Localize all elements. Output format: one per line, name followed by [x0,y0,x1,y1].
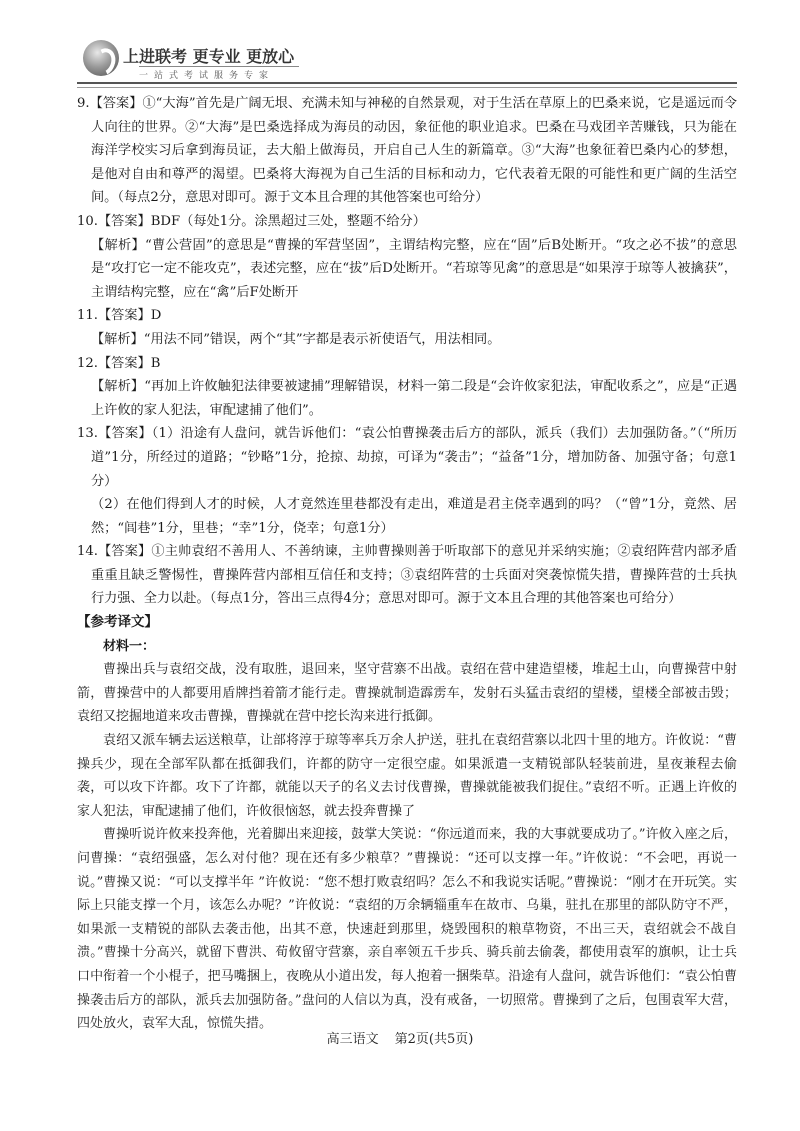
answer-text: （1）沿途有人盘问，就告诉他们：“袁公怕曹操袭击后方的部队，派兵（我们）去加强防… [91,426,737,488]
question-13: 13.【答案】（1）沿途有人盘问，就告诉他们：“袁公怕曹操袭击后方的部队，派兵（… [77,422,737,540]
translation-heading: 【参考译文】 [77,611,737,635]
analysis-label: 【解析】 [91,332,144,347]
analysis-text: “再加上许攸触犯法律要被逮捕”理解错误，材料一第二段是“会许攸家犯法，审配收系之… [91,379,737,418]
answer-label: 【答案】 [98,308,151,323]
question-12: 12.【答案】B 【解析】“再加上许攸触犯法律要被逮捕”理解错误，材料一第二段是… [77,352,737,423]
answer-label: 【答案】 [98,356,151,371]
brand-slogan: 上进联考 更专业 更放心 [123,44,294,67]
translation-paragraph: 袁绍又派车辆去运送粮草，让部将淳于琼等率兵万余人护送，驻扎在袁绍营寨以北四十里的… [77,729,737,823]
answer-text-part-2: （2）在他们得到人才的时候，人才竟然连里巷都没有走出，难道是君主侥幸遇到的吗？（… [91,497,737,536]
analysis-label: 【解析】 [91,379,144,394]
analysis-text: “用法不同”错误，两个“其”字都是表示祈使语气，用法相同。 [144,332,501,347]
question-11: 11.【答案】D 【解析】“用法不同”错误，两个“其”字都是表示祈使语气，用法相… [77,304,737,351]
document-body: 9.【答案】①“大海”首先是广阔无垠、充满未知与神秘的自然景观，对于生活在草原上… [77,92,737,1036]
page-header: 上进联考 更专业 更放心 一站式考试服务专家 [77,36,737,92]
question-14: 14.【答案】①主帅袁绍不善用人、不善纳谏，主帅曹操则善于听取部下的意见并采纳实… [77,540,737,611]
translation-paragraph: 曹操听说许攸来投奔他，光着脚出来迎接，鼓掌大笑说：“你远道而来，我的大事就要成功… [77,823,737,1035]
translation-paragraph: 曹操出兵与袁绍交战，没有取胜，退回来，坚守营寨不出战。袁绍在营中建造望楼，堆起土… [77,658,737,729]
question-number: 11. [77,308,98,323]
analysis-label: 【解析】 [91,238,145,253]
answer-label: 【答案】 [90,96,143,111]
question-number: 10. [77,214,98,229]
header-divider [77,82,737,88]
brand-tagline: 一站式考试服务专家 [139,66,299,81]
question-number: 13. [77,426,98,441]
answer-text: D [151,308,162,323]
analysis-text: “曹公营固”的意思是“曹操的军营坚固”，主谓结构完整，应在“固”后B处断开。“攻… [91,238,737,300]
question-number: 9. [77,96,90,111]
question-number: 14. [77,544,98,559]
answer-label: 【答案】 [98,214,151,229]
answer-label: 【答案】 [98,544,151,559]
answer-text: B [151,356,161,371]
footer-page-number: 第2页(共5页) [395,1032,474,1047]
question-10: 10.【答案】BDF（每处1分。涂黑超过三处，整题不给分） 【解析】“曹公营固”… [77,210,737,304]
answer-text: ①“大海”首先是广阔无垠、充满未知与神秘的自然景观，对于生活在草原上的巴桑来说，… [91,96,737,205]
question-9: 9.【答案】①“大海”首先是广阔无垠、充满未知与神秘的自然景观，对于生活在草原上… [77,92,737,210]
answer-text: BDF（每处1分。涂黑超过三处，整题不给分） [151,214,426,229]
answer-text: ①主帅袁绍不善用人、不善纳谏，主帅曹操则善于听取部下的意见并采纳实施；②袁绍阵营… [91,544,737,606]
answer-label: 【答案】 [98,426,152,441]
footer-subject: 高三语文 [327,1032,379,1047]
page-footer: 高三语文第2页(共5页) [0,1028,800,1047]
material-one-heading: 材料一： [77,635,737,659]
question-number: 12. [77,356,98,371]
brand-logo-icon [83,40,119,76]
